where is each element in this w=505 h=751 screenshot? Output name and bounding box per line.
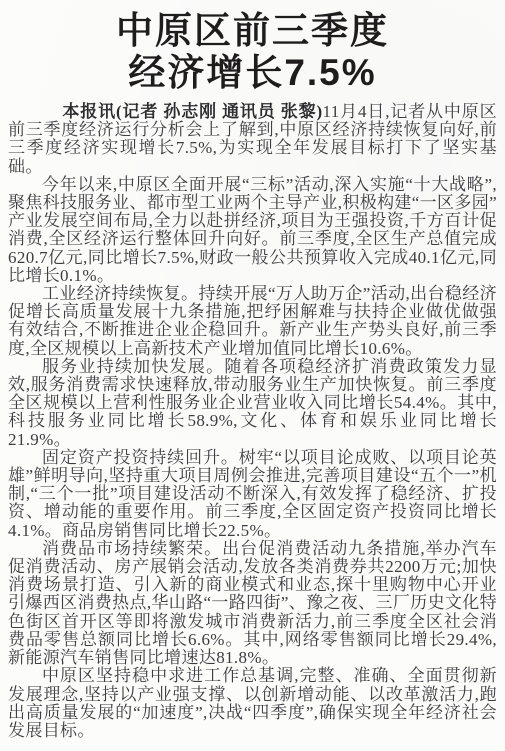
lead-paragraph: 本报讯(记者 孙志刚 通讯员 张黎)11月4日,记者从中原区前三季度经济运行分析…	[8, 103, 497, 176]
headline-line-1: 中原区前三季度	[8, 10, 497, 52]
body-paragraph-services: 服务业持续加快发展。随着各项稳经济扩消费政策发力显效,服务消费需求快速释放,带动…	[8, 358, 497, 449]
body-paragraph-industry: 工业经济持续恢复。持续开展“万人助万企”活动,出台稳经济促增长高质量发展十九条措…	[8, 285, 497, 358]
headline-line-2: 经济增长7.5%	[8, 52, 497, 94]
body-paragraph-consumption: 消费品市场持续繁荣。出台促消费活动九条措施,举办汽车促消费活动、房产展销会活动,…	[8, 540, 497, 667]
body-paragraph-investment: 固定资产投资持续回升。树牢“以项目论成败、以项目论英雄”鲜明导向,坚持重大项目周…	[8, 449, 497, 540]
body-paragraph-closing: 中原区坚持稳中求进工作总基调,完整、准确、全面贯彻新发展理念,坚持以产业强支撑、…	[8, 667, 497, 740]
article-headline: 中原区前三季度 经济增长7.5%	[8, 10, 497, 94]
article-body: 本报讯(记者 孙志刚 通讯员 张黎)11月4日,记者从中原区前三季度经济运行分析…	[8, 103, 497, 740]
byline: 本报讯(记者 孙志刚 通讯员 张黎)	[62, 102, 322, 121]
body-paragraph-overview: 今年以来,中原区全面开展“三标”活动,深入实施“十大战略”,聚焦科技服务业、都市…	[8, 176, 497, 285]
newspaper-article-page: 中原区前三季度 经济增长7.5% 本报讯(记者 孙志刚 通讯员 张黎)11月4日…	[0, 0, 505, 751]
